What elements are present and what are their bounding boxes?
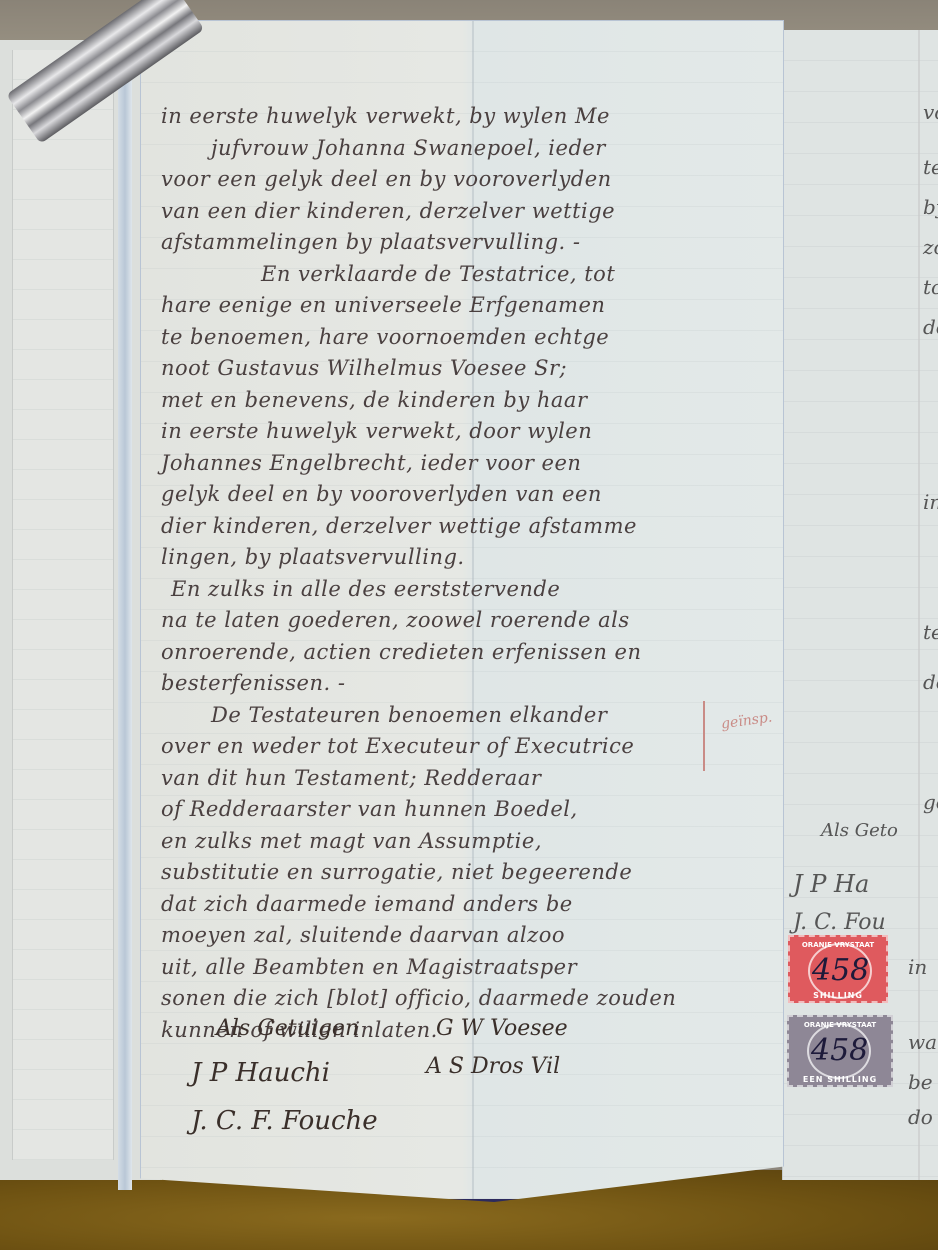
right-side-text: wa [908,1030,937,1054]
text-line: na te laten goederen, zoowel roerende al… [161,605,721,637]
right-side-text: do [908,1105,933,1129]
text-line: dier kinderen, derzelver wettige afstamm… [161,511,721,543]
margin-bracket [703,701,705,771]
right-page: vo ter by zo to de in te de ge Als Geto … [782,30,938,1180]
text-line: noot Gustavus Wilhelmus Voesee Sr; [161,353,721,385]
signature-witness-1: J P Hauchi [191,1058,330,1088]
text-line: en zulks met magt van Assumptie, [161,826,721,858]
text-line: jufvrouw Johanna Swanepoel, ieder [161,133,721,165]
main-manuscript-page: in eerste huwelyk verwekt, by wylen Me j… [140,20,784,1202]
text-line: sonen die zich [blot] officio, daarmede … [161,983,721,1015]
stamp-issuer: ORANJE VRYSTAAT [789,1021,891,1029]
text-line: En zulks in alle des eerststervende [161,574,721,606]
text-line: over en weder tot Executeur of Executric… [161,731,721,763]
text-line: uit, alle Beambten en Magistraatsper [161,952,721,984]
text-line: voor een gelyk deel en by vooroverlyden [161,164,721,196]
testament-text: in eerste huwelyk verwekt, by wylen Me j… [161,101,721,1046]
revenue-stamp-red: ORANJE VRYSTAAT 458 SHILLING [788,935,888,1003]
right-text-fragment: vo [923,100,938,124]
right-side-text: be [908,1070,933,1094]
right-text-fragment: te [923,620,938,644]
text-line: van een dier kinderen, derzelver wettige [161,196,721,228]
stamp-number: 458 [811,1033,868,1068]
text-line: hare eenige en universeele Erfgenamen [161,290,721,322]
page-edge [118,70,132,1190]
signature-witness-3: J. C. F. Fouche [191,1106,378,1136]
right-text-fragment: in [923,490,938,514]
text-line: met en benevens, de kinderen by haar [161,385,721,417]
text-line: in eerste huwelyk verwekt, door wylen [161,416,721,448]
text-line: substitutie en surrogatie, niet begeeren… [161,857,721,889]
text-line: De Testateuren benoemen elkander [161,700,721,732]
right-text-fragment: to [923,275,938,299]
text-line: dat zich daarmede iemand anders be [161,889,721,921]
stamp-denomination: SHILLING [790,991,886,1000]
text-line: in eerste huwelyk verwekt, by wylen Me [161,101,721,133]
signature-witness-2: A S Dros Vil [426,1054,560,1079]
text-line: lingen, by plaatsvervulling. [161,542,721,574]
text-line: van dit hun Testament; Redderaar [161,763,721,795]
right-side-text: in [908,955,927,979]
text-line: afstammelingen by plaatsvervulling. - [161,227,721,259]
right-text-fragment: de [923,315,938,339]
page-fold [918,30,920,1180]
margin-note-text: geïnsp. [720,710,773,733]
left-page-stack [0,40,162,1180]
right-text-fragment: by [923,195,938,219]
right-text-fragment: de [923,670,938,694]
text-line: te benoemen, hare voornoemden echtge [161,322,721,354]
stamp-denomination: EEN SHILLING [789,1075,891,1084]
ruled-blank-page [12,50,114,1160]
right-text-fragment: zo [923,235,938,259]
text-line: Johannes Engelbrecht, ieder voor een [161,448,721,480]
text-line: onroerende, actien credieten erfenissen … [161,637,721,669]
right-text-fragment: ter [923,155,938,179]
text-line: moeyen zal, sluitende daarvan alzoo [161,920,721,952]
signature-block: Als Getuigen G W Voesee J P Hauchi A S D… [181,1016,681,1166]
stamp-issuer: ORANJE VRYSTAAT [790,941,886,949]
right-witness-heading: Als Geto [821,820,898,841]
text-line: besterfenissen. - [161,668,721,700]
text-line: of Redderaarster van hunnen Boedel, [161,794,721,826]
margin-annotation: geïnsp. [701,681,791,771]
right-signature: J. C. Fou [793,910,886,935]
text-line: gelyk deel en by vooroverlyden van een [161,479,721,511]
text-line: En verklaarde de Testatrice, tot [161,259,721,291]
witness-heading: Als Getuigen [216,1016,359,1041]
signature-testator: G W Voesee [436,1016,568,1041]
stamp-number: 458 [812,953,869,988]
right-signature: J P Ha [793,870,869,898]
right-text-fragment: ge [923,790,938,814]
revenue-stamp-grey: ORANJE VRYSTAAT 458 EEN SHILLING [787,1015,893,1087]
